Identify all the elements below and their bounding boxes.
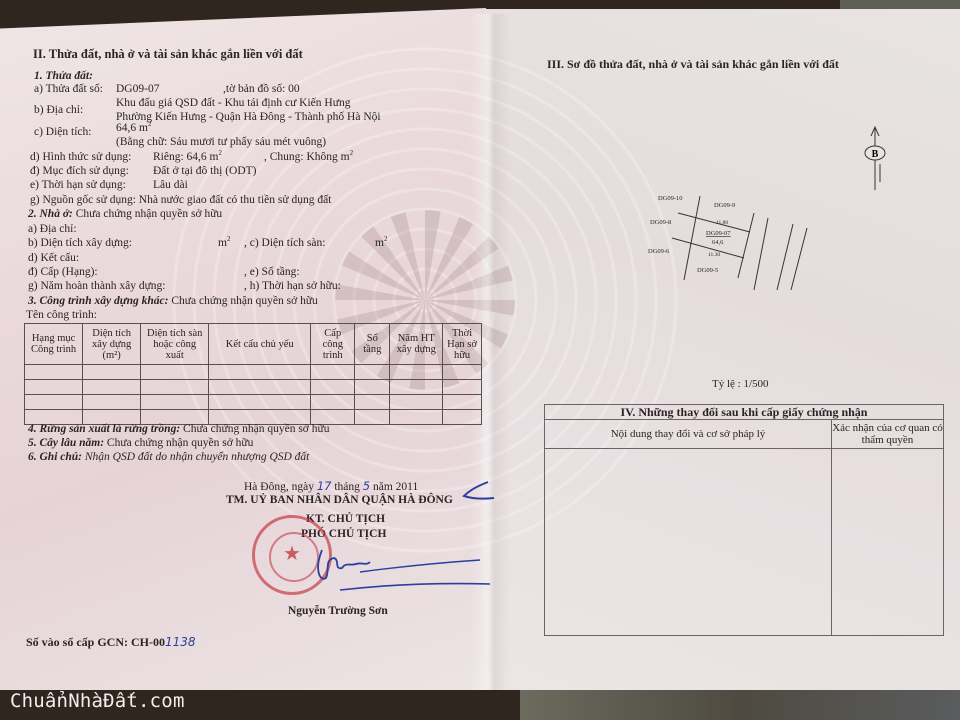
changes-confirmation-cell (832, 449, 943, 635)
address-label: b) Địa chỉ: (34, 104, 83, 117)
changes-col-content: Nội dung thay đổi và cơ sở pháp lý (545, 420, 832, 448)
table-cell (390, 365, 443, 380)
table-cell (209, 365, 311, 380)
table-cell (443, 395, 482, 410)
svg-text:DG09-07: DG09-07 (706, 230, 731, 237)
house-build-area: b) Diện tích xây dựng: (28, 237, 132, 250)
table-cell (443, 410, 482, 425)
land-heading: 1. Thửa đất: (34, 70, 93, 83)
table-cell (390, 380, 443, 395)
other-works-line: 3. Công trình xây dựng khác: Chưa chứng … (28, 295, 318, 308)
table-cell (83, 365, 141, 380)
changes-content-cell (545, 449, 832, 635)
table-cell (209, 380, 311, 395)
issuing-authority: TM. UỶ BAN NHÂN DÂN QUẬN HÀ ĐÔNG (226, 494, 453, 507)
other-works-table: Hạng mục Công trìnhDiện tích xây dựng (m… (24, 323, 482, 425)
perennial-line: 5. Cây lâu năm: Chưa chứng nhận quyền sở… (28, 437, 253, 450)
table-cell (209, 395, 311, 410)
issue-day: 17 (317, 479, 332, 493)
area-value: 64,6 m2 (116, 122, 151, 135)
signature-scribble (300, 540, 500, 600)
svg-text:DG09-8: DG09-8 (650, 219, 671, 226)
map-sheet: ,tờ bản đồ số: 00 (223, 83, 300, 96)
table-cell (141, 395, 209, 410)
svg-text:DG09-6: DG09-6 (648, 248, 670, 255)
use-form-label: d) Hình thức sử dụng: (30, 151, 131, 164)
house-floor-area: , c) Diện tích sàn: (244, 237, 325, 250)
table-cell (311, 380, 355, 395)
works-col-header: Năm HT xây dựng (390, 324, 443, 365)
table-cell (390, 395, 443, 410)
works-col-header: Hạng mục Công trình (25, 324, 83, 365)
house-address: a) Địa chỉ: (28, 223, 77, 236)
work-name-label: Tên công trình: (26, 309, 97, 322)
table-cell (311, 365, 355, 380)
table-cell (355, 395, 390, 410)
table-cell (443, 380, 482, 395)
table-cell (141, 380, 209, 395)
table-cell (25, 395, 83, 410)
table-row (25, 365, 482, 380)
use-form-private: Riêng: 64,6 m2 (153, 151, 222, 164)
registry-number: Số vào sổ cấp GCN: CH-001138 (26, 636, 196, 649)
table-cell (141, 365, 209, 380)
house-structure: d) Kết cấu: (28, 252, 79, 265)
house-year-built: g) Năm hoàn thành xây dựng: (28, 280, 166, 293)
map-scale: Tỷ lệ : 1/500 (712, 378, 769, 391)
svg-text:11.80: 11.80 (716, 220, 728, 226)
address-line1: Khu đấu giá QSD đất - Khu tái định cư Ki… (116, 97, 350, 110)
area-in-words: (Bằng chữ: Sáu mươi tư phẩy sáu mét vuôn… (116, 136, 326, 149)
section-title-iii: III. Sơ đồ thửa đất, nhà ở và tài sản kh… (547, 58, 839, 71)
issue-date: Hà Đông, ngày 17 tháng 5 năm 2011 (244, 480, 418, 494)
seal-star-icon: ★ (283, 544, 301, 564)
works-col-header: Số tầng (355, 324, 390, 365)
section-title-ii: II. Thửa đất, nhà ở và tài sản khác gắn … (33, 48, 303, 61)
works-col-header: Diện tích sàn hoặc công xuất (141, 324, 209, 365)
svg-text:DG09-5: DG09-5 (697, 267, 718, 274)
handwritten-checkmark (458, 478, 498, 508)
term-label: e) Thời hạn sử dụng: (30, 179, 126, 192)
site-watermark: ChuẩnNhàĐất.com (10, 690, 185, 712)
signer-name: Nguyễn Trường Sơn (288, 605, 388, 618)
works-col-header: Thời Hạn sở hữu (443, 324, 482, 365)
svg-text:DG09-9: DG09-9 (714, 202, 735, 209)
changes-table: IV. Những thay đổi sau khi cấp giấy chứn… (544, 404, 944, 636)
svg-text:11.30: 11.30 (708, 252, 720, 258)
purpose-value: Đất ở tại đô thị (ODT) (153, 165, 257, 178)
house-build-unit: m2 (218, 237, 230, 250)
house-ownership-term: , h) Thời hạn sở hữu: (244, 280, 341, 293)
issue-month: 5 (363, 479, 370, 493)
table-cell (311, 395, 355, 410)
table-cell (25, 365, 83, 380)
forest-line: 4. Rừng sản xuất là rừng trồng: Chưa chứ… (28, 423, 330, 436)
parcel-number: DG09-07 (116, 83, 159, 96)
note-line: 6. Ghi chú: Nhận QSD đất do nhận chuyển … (28, 451, 309, 464)
address-line2: Phường Kiến Hưng - Quận Hà Đông - Thành … (116, 111, 381, 124)
table-row (25, 395, 482, 410)
table-cell (355, 410, 390, 425)
parcel-label: a) Thửa đất số: (34, 83, 103, 96)
table-cell (355, 380, 390, 395)
works-col-header: Diện tích xây dựng (m²) (83, 324, 141, 365)
table-cell (443, 365, 482, 380)
parcel-diagram: DG09-10 DG09-9 DG09-8 DG09-6 DG09-5 DG09… (640, 180, 820, 290)
table-cell (25, 380, 83, 395)
table-cell (355, 365, 390, 380)
table-cell (390, 410, 443, 425)
term-value: Lâu dài (153, 179, 188, 192)
works-col-header: Cấp công trình (311, 324, 355, 365)
house-floors: , e) Số tầng: (244, 266, 300, 279)
works-col-header: Kết cấu chủ yếu (209, 324, 311, 365)
north-arrow-icon: B (862, 124, 892, 194)
origin-line: g) Nguồn gốc sử dụng: Nhà nước giao đất … (30, 194, 331, 207)
svg-text:64,6: 64,6 (712, 239, 724, 246)
purpose-label: đ) Mục đích sử dụng: (30, 165, 129, 178)
house-grade: đ) Cấp (Hạng): (28, 266, 98, 279)
changes-col-confirmation: Xác nhận của cơ quan có thẩm quyền (832, 420, 943, 448)
use-form-common: , Chung: Không m2 (264, 151, 353, 164)
table-cell (83, 395, 141, 410)
house-line: 2. Nhà ở: Chưa chứng nhận quyền sở hữu (28, 208, 222, 221)
changes-title: IV. Những thay đổi sau khi cấp giấy chứn… (545, 405, 943, 420)
area-label: c) Diện tích: (34, 126, 91, 139)
table-row (25, 380, 482, 395)
house-floor-unit: m2 (375, 237, 387, 250)
svg-text:DG09-10: DG09-10 (658, 195, 683, 202)
table-cell (83, 380, 141, 395)
svg-text:B: B (872, 149, 879, 160)
